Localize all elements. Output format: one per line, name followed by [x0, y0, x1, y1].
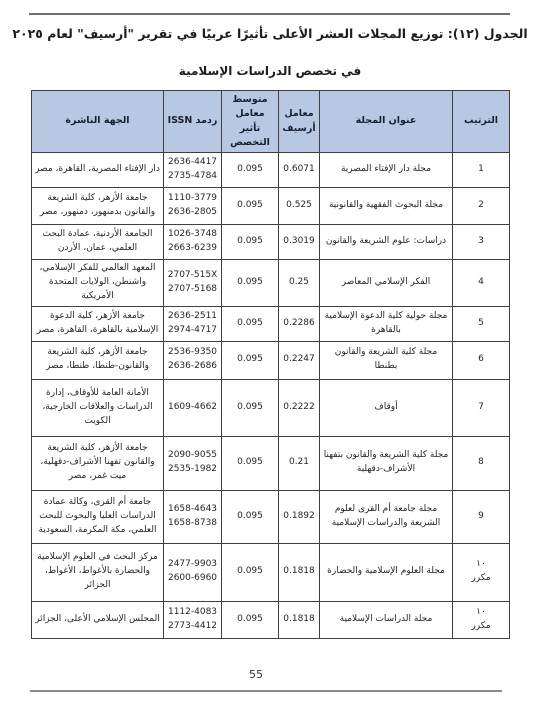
- table-row: 1 مجلة دار الإفتاء المصرية 0.6071 0.095 …: [32, 153, 510, 188]
- cell-rank: 7: [453, 379, 510, 436]
- cell-avg: 0.095: [222, 260, 279, 307]
- header-arcif: معامل أرسيف: [279, 91, 320, 153]
- cell-arcif: 0.25: [279, 260, 320, 307]
- table-row: 7 أوقاف 0.2222 0.095 1609-4662 الأمانة ا…: [32, 379, 510, 436]
- cell-rank: 6: [453, 341, 510, 379]
- top-rule: [29, 13, 510, 15]
- header-avg: متوسط معامل تأثير التخصص: [222, 91, 279, 153]
- cell-arcif: 0.1892: [279, 490, 320, 543]
- cell-issn: 2477-99032600-6960: [164, 543, 222, 601]
- cell-journal: مجلة دار الإفتاء المصرية: [320, 153, 453, 188]
- journals-table: الترتيب عنوان المجلة معامل أرسيف متوسط م…: [31, 90, 510, 639]
- cell-arcif: 0.3019: [279, 225, 320, 260]
- table-row: 9 مجلة جامعة أم القرى لعلوم الشريعة والد…: [32, 490, 510, 543]
- cell-avg: 0.095: [222, 188, 279, 225]
- cell-arcif: 0.525: [279, 188, 320, 225]
- header-rank: الترتيب: [453, 91, 510, 153]
- table-row: 2 مجلة البحوث الفقهية والقانونية 0.525 0…: [32, 188, 510, 225]
- cell-rank: 8: [453, 436, 510, 490]
- cell-journal: مجلة العلوم الإسلامية والحضارة: [320, 543, 453, 601]
- cell-avg: 0.095: [222, 306, 279, 341]
- header-journal: عنوان المجلة: [320, 91, 453, 153]
- page-number: 55: [0, 668, 512, 681]
- cell-issn: 1658-46431658-8738: [164, 490, 222, 543]
- cell-journal: مجلة جامعة أم القرى لعلوم الشريعة والدرا…: [320, 490, 453, 543]
- cell-arcif: 0.2222: [279, 379, 320, 436]
- table-row: 8 مجلة كلية الشريعة والقانون بتفهنا الأش…: [32, 436, 510, 490]
- cell-publisher: الأمانة العامة للأوقاف، إدارة الدراسات و…: [32, 379, 164, 436]
- cell-issn: 2090-90552535-1982: [164, 436, 222, 490]
- cell-arcif: 0.1818: [279, 601, 320, 638]
- cell-journal: أوقاف: [320, 379, 453, 436]
- cell-arcif: 0.2286: [279, 306, 320, 341]
- cell-publisher: دار الإفتاء المصرية، القاهرة، مصر: [32, 153, 164, 188]
- cell-issn: 2707-515X2707-5168: [164, 260, 222, 307]
- cell-rank: ١٠مكرر: [453, 601, 510, 638]
- cell-avg: 0.095: [222, 543, 279, 601]
- cell-journal: مجلة كلية الشريعة والقانون بتفهنا الأشرا…: [320, 436, 453, 490]
- document-page: الجدول (١٢): توزيع المجلات العشر الأعلى …: [0, 0, 540, 705]
- cell-arcif: 0.21: [279, 436, 320, 490]
- cell-issn: 1026-37482663-6239: [164, 225, 222, 260]
- cell-rank: ١٠مكرر: [453, 543, 510, 601]
- cell-publisher: جامعة الأزهر، كلية الشريعة والقانون تفهن…: [32, 436, 164, 490]
- table-row: ١٠مكرر مجلة العلوم الإسلامية والحضارة 0.…: [32, 543, 510, 601]
- cell-journal: الفكر الإسلامي المعاصر: [320, 260, 453, 307]
- cell-journal: مجلة البحوث الفقهية والقانونية: [320, 188, 453, 225]
- cell-issn: 2636-25112974-4717: [164, 306, 222, 341]
- cell-rank: 5: [453, 306, 510, 341]
- cell-issn: 2536-93502636-2686: [164, 341, 222, 379]
- table-row: 4 الفكر الإسلامي المعاصر 0.25 0.095 2707…: [32, 260, 510, 307]
- cell-publisher: مركز البحث في العلوم الإسلامية والحضارة …: [32, 543, 164, 601]
- cell-publisher: المجلس الإسلامي الأعلى، الجزائر: [32, 601, 164, 638]
- cell-journal: مجلة حولية كلية الدعوة الإسلامية بالقاهر…: [320, 306, 453, 341]
- cell-avg: 0.095: [222, 153, 279, 188]
- table-row: ١٠مكرر مجلة الدراسات الإسلامية 0.1818 0.…: [32, 601, 510, 638]
- cell-journal: مجلة الدراسات الإسلامية: [320, 601, 453, 638]
- page-subtitle: في تخصص الدراسات الإسلامية: [0, 64, 540, 78]
- cell-publisher: جامعة الأزهر، كلية الشريعة والقانون-طنطا…: [32, 341, 164, 379]
- cell-publisher: جامعة أم القرى، وكالة عمادة الدراسات الع…: [32, 490, 164, 543]
- table-header-row: الترتيب عنوان المجلة معامل أرسيف متوسط م…: [32, 91, 510, 153]
- header-publisher: الجهة الناشرة: [32, 91, 164, 153]
- cell-publisher: جامعة الأزهر، كلية الدعوة الإسلامية بالق…: [32, 306, 164, 341]
- cell-rank: 9: [453, 490, 510, 543]
- cell-avg: 0.095: [222, 490, 279, 543]
- cell-rank: 1: [453, 153, 510, 188]
- cell-rank: 2: [453, 188, 510, 225]
- cell-issn: 1609-4662: [164, 379, 222, 436]
- cell-journal: مجلة كلية الشريعة والقانون بطنطا: [320, 341, 453, 379]
- bottom-rule: [30, 690, 502, 692]
- page-title: الجدول (١٢): توزيع المجلات العشر الأعلى …: [0, 26, 540, 41]
- header-issn: ردمد ISSN: [164, 91, 222, 153]
- cell-publisher: جامعة الأزهر، كلية الشريعة والقانون بدمن…: [32, 188, 164, 225]
- cell-issn: 1112-40832773-4412: [164, 601, 222, 638]
- cell-journal: دراسات: علوم الشريعة والقانون: [320, 225, 453, 260]
- cell-rank: 3: [453, 225, 510, 260]
- cell-arcif: 0.1818: [279, 543, 320, 601]
- cell-avg: 0.095: [222, 379, 279, 436]
- cell-avg: 0.095: [222, 601, 279, 638]
- cell-rank: 4: [453, 260, 510, 307]
- table-row: 6 مجلة كلية الشريعة والقانون بطنطا 0.224…: [32, 341, 510, 379]
- table-row: 5 مجلة حولية كلية الدعوة الإسلامية بالقا…: [32, 306, 510, 341]
- cell-arcif: 0.2247: [279, 341, 320, 379]
- cell-issn: 1110-37792636-2805: [164, 188, 222, 225]
- cell-issn: 2636-44172735-4784: [164, 153, 222, 188]
- cell-avg: 0.095: [222, 436, 279, 490]
- table-row: 3 دراسات: علوم الشريعة والقانون 0.3019 0…: [32, 225, 510, 260]
- cell-avg: 0.095: [222, 225, 279, 260]
- cell-publisher: الجامعة الأردنية، عمادة البحث العلمي، عم…: [32, 225, 164, 260]
- cell-arcif: 0.6071: [279, 153, 320, 188]
- cell-publisher: المعهد العالمي للفكر الإسلامي، واشنطن، ا…: [32, 260, 164, 307]
- cell-avg: 0.095: [222, 341, 279, 379]
